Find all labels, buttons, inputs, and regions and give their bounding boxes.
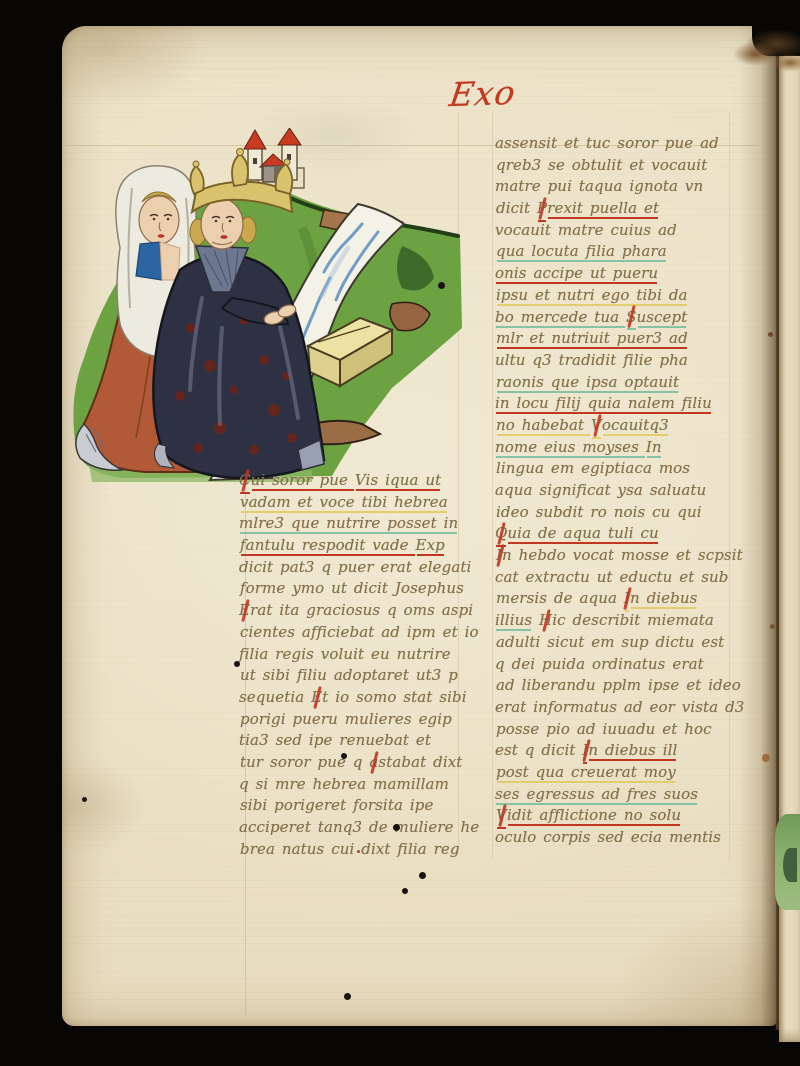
text-line: oculo corpis sed ecia mentis — [495, 827, 737, 849]
text-segment: cat extractu ut eductu et sub — [495, 568, 728, 586]
text-line: mlre3 que nutrire posset in — [239, 513, 471, 535]
text-line: dicit pat3 q puer erat elegati — [239, 557, 471, 579]
text-line: q dei puida ordinatus erat — [495, 654, 737, 676]
text-segment: oculo corpis sed ecia mentis — [495, 828, 721, 846]
rubricated-initial: E — [239, 600, 250, 622]
text-segment: n diebus ill — [588, 741, 677, 759]
text-line: Vidit afflictione no solu — [496, 805, 738, 827]
text-segment: lingua em egiptiaca mos — [496, 459, 690, 477]
text-segment: qreb3 se obtulit et vocauit — [496, 156, 707, 174]
text-segment: matre pui taqua ignota vn — [495, 177, 703, 195]
text-line: matre pui taqua ignota vn — [495, 176, 737, 198]
text-segment: filia regis voluit eu nutrire — [239, 645, 451, 663]
rubricated-initial: I — [496, 545, 502, 567]
text-segment: ocauitq3 — [602, 416, 669, 434]
text-segment: brea natus cui dixt filia reg — [240, 840, 460, 858]
text-segment: ui soror pue — [251, 471, 355, 489]
text-segment: fantulu respodit vade — [240, 536, 416, 554]
text-segment: q si mre hebrea mamillam — [239, 775, 449, 793]
text-segment: t io somo stat sibi — [322, 688, 466, 706]
text-segment: assensit et tuc soror pue ad — [495, 134, 719, 152]
text-line: est q dicit In diebus ill — [495, 740, 737, 762]
text-segment: Exp — [416, 536, 445, 554]
text-segment: Vis iqua ut — [355, 471, 441, 489]
rubricated-initial: V — [591, 415, 602, 437]
text-line: post qua creuerat moy — [496, 762, 738, 784]
text-segment: cientes afficiebat ad ipm et io — [240, 623, 479, 641]
text-line: ses egressus ad fres suos — [495, 784, 737, 806]
text-segment: in locu filij quia nalem filiu — [495, 394, 712, 412]
text-line: vocauit matre cuius ad — [495, 220, 737, 242]
text-segment: sibi porigeret forsita ipe — [240, 796, 433, 814]
text-segment: dicit pat3 q puer erat elegati — [239, 558, 471, 576]
text-segment: qua locuta filia phara — [496, 242, 667, 260]
text-segment: rexit puella et — [547, 199, 659, 217]
text-segment: vocauit matre cuius ad — [495, 221, 677, 239]
gutter-shadow — [740, 26, 778, 1026]
text-segment: tur soror pue q — [240, 753, 369, 771]
text-line: assensit et tuc soror pue ad — [495, 133, 737, 155]
text-line: onis accipe ut pueru — [495, 263, 737, 285]
running-header-mark: Exo — [447, 73, 518, 114]
text-segment: dicit — [496, 199, 537, 217]
text-line: ad liberandu pplm ipse et ideo — [496, 675, 738, 697]
text-line: dicit Prexit puella et — [496, 198, 738, 220]
ruling-line-column-gap-b — [492, 112, 493, 860]
adjacent-page-edge — [779, 54, 800, 1042]
text-segment: sequetia — [239, 688, 311, 706]
rubricated-initial: S — [626, 307, 636, 329]
text-segment: post qua creuerat moy — [496, 763, 676, 781]
text-line: aqua significat ysa saluatu — [495, 480, 737, 502]
text-segment: n hebdo vocat mosse et scpsit — [502, 546, 743, 564]
text-column-right: assensit et tuc soror pue adqreb3 se obt… — [495, 133, 737, 849]
text-segment: mlr et nutriuit puer3 ad — [496, 329, 688, 347]
text-segment: ses egressus ad fres suos — [495, 785, 698, 803]
next-page-miniature-peek — [775, 814, 800, 910]
text-line: ultu q3 tradidit filie pha — [495, 350, 737, 372]
text-segment: idit afflictione no solu — [507, 806, 681, 824]
text-line: q si mre hebrea mamillam — [239, 774, 471, 796]
text-segment — [532, 611, 539, 629]
text-segment: tia3 sed ipe renuebat et — [239, 731, 431, 749]
text-segment: ipsu et nutri ego tibi da — [496, 286, 688, 304]
text-line: lingua em egiptiaca mos — [496, 458, 738, 480]
text-line: ideo subdit ro nois cu qui — [496, 502, 738, 524]
text-line: mlr et nutriuit puer3 ad — [496, 328, 738, 350]
text-line: Quia de aqua tuli cu — [495, 523, 737, 545]
text-line: ut sibi filiu adoptaret ut3 p — [240, 665, 472, 687]
text-segment: ultu q3 tradidit filie pha — [495, 351, 688, 369]
rubricated-initial: Q — [495, 523, 507, 545]
text-segment: rat ita graciosus q oms aspi — [250, 601, 473, 619]
text-column-left: Cui soror pue Vis iqua utvadam et voce t… — [239, 470, 471, 860]
text-segment: uscept — [637, 308, 688, 326]
text-segment: est q dicit — [495, 741, 582, 759]
text-segment: forme ymo ut dicit Josephus — [240, 579, 464, 597]
text-segment: mlre3 que nutrire posset in — [239, 514, 458, 532]
miniature-illustration — [62, 128, 470, 485]
rubricated-initial: a — [369, 752, 378, 774]
text-segment: erat informatus ad eor vista d3 — [495, 698, 744, 716]
text-line: forme ymo ut dicit Josephus — [240, 578, 472, 600]
text-segment: nome eius moyses — [495, 438, 646, 456]
text-line: bo mercede tua Suscept — [495, 307, 737, 329]
rubricated-initial: E — [311, 687, 322, 709]
text-segment: uia de aqua tuli cu — [507, 524, 658, 542]
text-line: Erat ita graciosus q oms aspi — [239, 600, 471, 622]
text-segment: vadam et voce tibi hebrea — [240, 493, 448, 511]
rubricated-initial: V — [496, 805, 507, 827]
text-segment: ic describit miemata — [552, 611, 714, 629]
text-segment: porigi pueru mulieres egip — [240, 710, 452, 728]
text-segment: illius — [495, 611, 532, 629]
text-line: ipsu et nutri ego tibi da — [496, 285, 738, 307]
rubricated-initial: P — [537, 198, 547, 220]
text-line: qua locuta filia phara — [496, 241, 738, 263]
text-line: no habebat Vocauitq3 — [496, 415, 738, 437]
text-line: Cui soror pue Vis iqua ut — [239, 470, 471, 492]
text-line: qreb3 se obtulit et vocauit — [496, 155, 738, 177]
text-segment: mersis de aqua — [496, 589, 624, 607]
rubricated-initial: I — [624, 588, 630, 610]
text-line: mersis de aqua In diebus — [496, 588, 738, 610]
text-segment: In — [646, 438, 662, 456]
text-segment: ideo subdit ro nois cu qui — [496, 503, 702, 521]
text-line: adulti sicut em sup dictu est — [496, 632, 738, 654]
text-segment: raonis que ipsa optauit — [496, 373, 679, 391]
text-line: tur soror pue q astabat dixt — [240, 752, 472, 774]
castle-illustration — [244, 128, 304, 188]
text-segment: adulti sicut em sup dictu est — [496, 633, 724, 651]
text-segment: aqua significat ysa saluatu — [495, 481, 706, 499]
text-segment: n diebus — [630, 589, 697, 607]
text-segment: q dei puida ordinatus erat — [495, 655, 704, 673]
text-line: cientes afficiebat ad ipm et io — [240, 622, 472, 644]
manuscript-photo: Exo — [0, 0, 800, 1066]
text-segment: stabat dixt — [378, 753, 462, 771]
rubricated-initial: I — [582, 740, 588, 762]
text-line: cat extractu ut eductu et sub — [495, 567, 737, 589]
text-segment: posse pio ad iuuadu et hoc — [496, 720, 712, 738]
text-line: sibi porigeret forsita ipe — [240, 795, 472, 817]
text-line: acciperet tanq3 de muliere he — [239, 817, 471, 839]
text-line: brea natus cui dixt filia reg — [240, 839, 472, 861]
text-line: raonis que ipsa optauit — [496, 372, 738, 394]
text-segment: onis accipe ut pueru — [495, 264, 658, 282]
text-line: sequetia Et io somo stat sibi — [239, 687, 471, 709]
text-line: vadam et voce tibi hebrea — [240, 492, 472, 514]
text-line: erat informatus ad eor vista d3 — [495, 697, 737, 719]
text-segment: ad liberandu pplm ipse et ideo — [496, 676, 741, 694]
text-line: posse pio ad iuuadu et hoc — [496, 719, 738, 741]
rubricated-initial: C — [239, 470, 251, 492]
text-segment: ut sibi filiu adoptaret ut3 p — [240, 666, 458, 684]
text-line: illius Hic describit miemata — [495, 610, 737, 632]
text-line: nome eius moyses In — [495, 437, 737, 459]
text-line: tia3 sed ipe renuebat et — [239, 730, 471, 752]
text-line: filia regis voluit eu nutrire — [239, 644, 471, 666]
text-line: in locu filij quia nalem filiu — [495, 393, 737, 415]
text-line: In hebdo vocat mosse et scpsit — [496, 545, 738, 567]
rubricated-initial: H — [539, 610, 552, 632]
text-segment: acciperet tanq3 de muliere he — [239, 818, 479, 836]
text-segment: no habebat — [496, 416, 591, 434]
text-segment: bo mercede tua — [495, 308, 626, 326]
binding-fibers — [728, 18, 800, 80]
text-line: porigi pueru mulieres egip — [240, 709, 472, 731]
text-line: fantulu respodit vade Exp — [240, 535, 472, 557]
